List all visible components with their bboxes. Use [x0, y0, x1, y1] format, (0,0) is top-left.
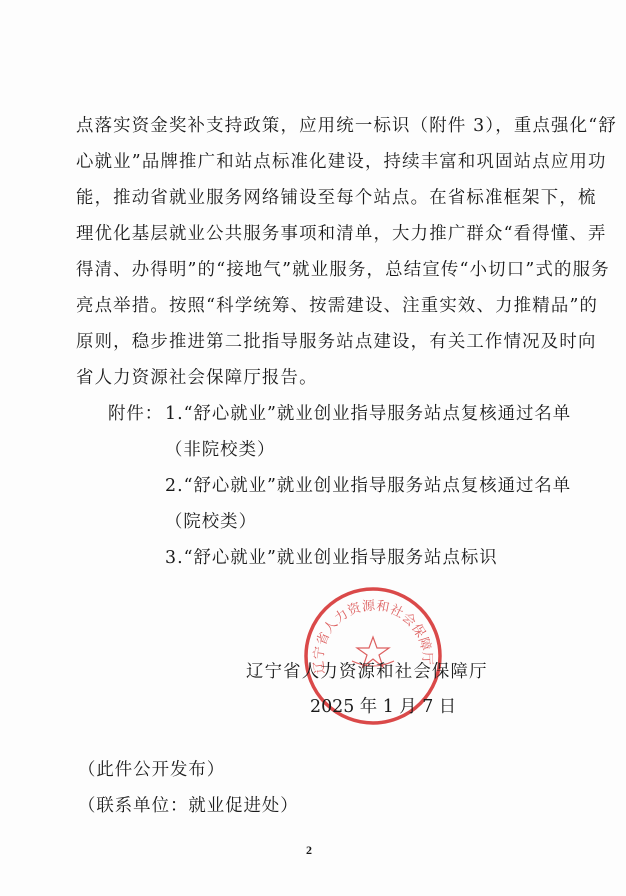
attachments-label: 附件： — [108, 396, 165, 432]
page-number: 2 — [306, 843, 312, 858]
signing-date: 2025 年 1 月 7 日 — [246, 690, 506, 724]
attachment-title: 1.“舒心就业”就业创业指导服务站点复核通过名单 — [165, 396, 571, 432]
signature-block: 辽宁省人力资源和社会保障厅 2025 年 1 月 7 日 — [246, 654, 506, 724]
attachment-item-2: 2.“舒心就业”就业创业指导服务站点复核通过名单 — [108, 468, 568, 504]
attachment-item-3: 3.“舒心就业”就业创业指导服务站点标识 — [108, 540, 568, 576]
attachment-subtitle: （院校类） — [165, 504, 257, 540]
signing-organization: 辽宁省人力资源和社会保障厅 — [246, 654, 506, 690]
body-line: 原则，稳步推进第二批指导服务站点建设，有关工作情况及时向 — [76, 324, 554, 360]
attachments-list: 附件： 1.“舒心就业”就业创业指导服务站点复核通过名单 （非院校类） 2.“舒… — [108, 396, 568, 576]
body-paragraph: 点落实资金奖补支持政策，应用统一标识（附件 3），重点强化“舒 心就业”品牌推广… — [76, 108, 554, 396]
body-line: 省人力资源社会保障厅报告。 — [76, 360, 554, 396]
publication-note: （此件公开发布） — [78, 752, 299, 788]
body-line: 理优化基层就业公共服务事项和清单，大力推广群众“看得懂、弄 — [76, 216, 554, 252]
body-line: 心就业”品牌推广和站点标准化建设，持续丰富和巩固站点应用功 — [76, 144, 554, 180]
attachment-title: 3.“舒心就业”就业创业指导服务站点标识 — [165, 540, 498, 576]
attachment-item-1-continued: （非院校类） — [108, 432, 568, 468]
footer-notes: （此件公开发布） （联系单位：就业促进处） — [78, 752, 299, 824]
body-line: 亮点举措。按照“科学统筹、按需建设、注重实效、力推精品”的 — [76, 288, 554, 324]
attachment-title: 2.“舒心就业”就业创业指导服务站点复核通过名单 — [165, 468, 571, 504]
attachment-subtitle: （非院校类） — [165, 432, 275, 468]
attachment-item-2-continued: （院校类） — [108, 504, 568, 540]
document-page: 点落实资金奖补支持政策，应用统一标识（附件 3），重点强化“舒 心就业”品牌推广… — [0, 0, 626, 896]
attachment-item-1: 附件： 1.“舒心就业”就业创业指导服务站点复核通过名单 — [108, 396, 568, 432]
body-line: 点落实资金奖补支持政策，应用统一标识（附件 3），重点强化“舒 — [76, 108, 554, 144]
body-line: 得清、办得明”的“接地气”就业服务，总结宣传“小切口”式的服务 — [76, 252, 554, 288]
body-line: 能，推动省就业服务网络铺设至每个站点。在省标准框架下，梳 — [76, 180, 554, 216]
contact-note: （联系单位：就业促进处） — [78, 788, 299, 824]
